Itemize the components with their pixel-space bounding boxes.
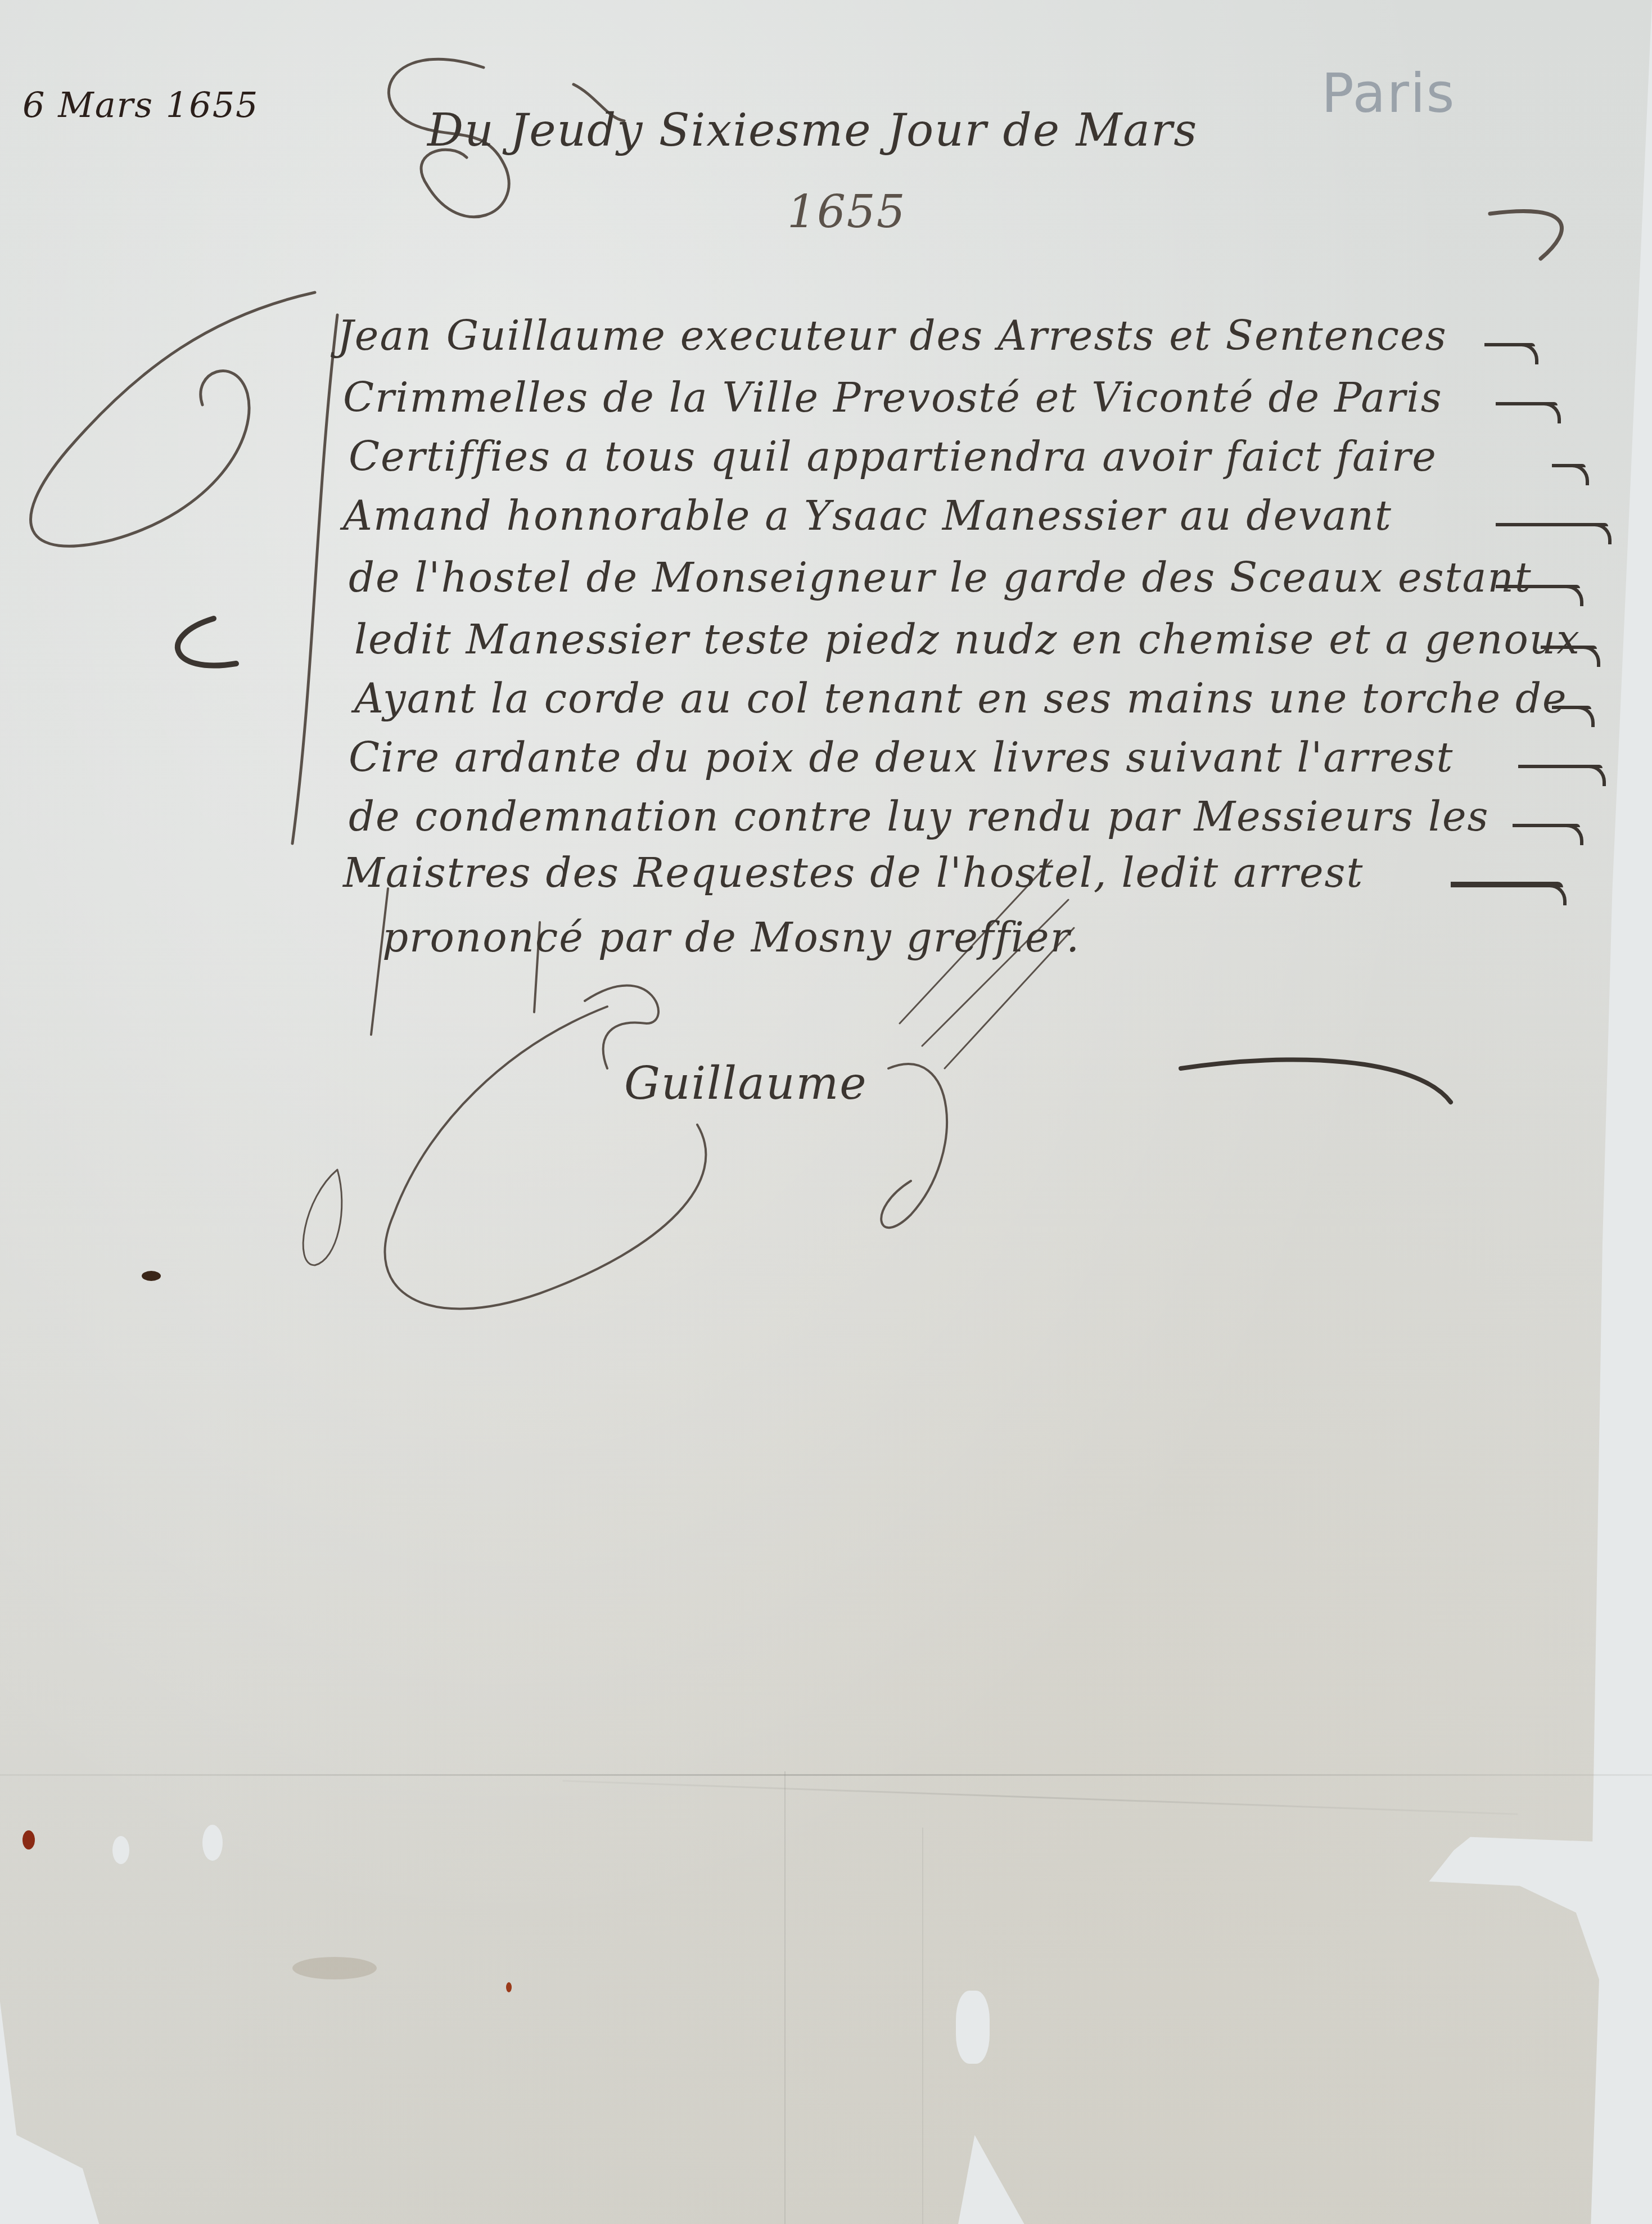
body-line-10: Maistres des Requestes de l'hostel, ledi… bbox=[343, 849, 1364, 896]
body-line-1: Jean Guillaume executeur des Arrests et … bbox=[337, 312, 1447, 359]
body-line-7: Ayant la corde au col tenant en ses main… bbox=[354, 675, 1568, 722]
document-year: 1655 bbox=[787, 186, 906, 238]
body-line-11: prononcé par de Mosny greffier. bbox=[382, 914, 1080, 961]
margin-date: 6 Mars 1655 bbox=[22, 84, 259, 125]
body-line-4: Amand honnorable a Ysaac Manessier au de… bbox=[343, 492, 1392, 539]
line-filler-4 bbox=[1496, 523, 1608, 526]
body-line-9: de condemnation contre luy rendu par Mes… bbox=[349, 793, 1489, 840]
line-filler-2 bbox=[1496, 402, 1558, 405]
line-filler-3 bbox=[1552, 464, 1586, 467]
line-filler-10 bbox=[1451, 882, 1563, 887]
body-line-5: de l'hostel de Monseigneur le garde des … bbox=[349, 554, 1532, 601]
line-filler-5 bbox=[1496, 585, 1580, 588]
line-filler-9 bbox=[1513, 824, 1580, 827]
body-line-6: ledit Manessier teste piedz nudz en chem… bbox=[354, 616, 1581, 663]
body-line-3: Certiffies a tous quil appartiendra avoi… bbox=[349, 433, 1437, 480]
line-filler-8 bbox=[1518, 765, 1603, 768]
body-line-2: Crimmelles de la Ville Prevosté et Vicon… bbox=[343, 374, 1443, 421]
document-heading: Du Jeudy Sixiesme Jour de Mars bbox=[427, 104, 1198, 156]
line-filler-6 bbox=[1541, 646, 1597, 649]
pencil-note-paris: Paris bbox=[1321, 62, 1456, 125]
signature: Guillaume bbox=[624, 1057, 868, 1109]
body-line-8: Cire ardante du poix de deux livres suiv… bbox=[349, 734, 1454, 781]
line-filler-7 bbox=[1552, 706, 1591, 709]
line-filler-1 bbox=[1484, 343, 1535, 346]
